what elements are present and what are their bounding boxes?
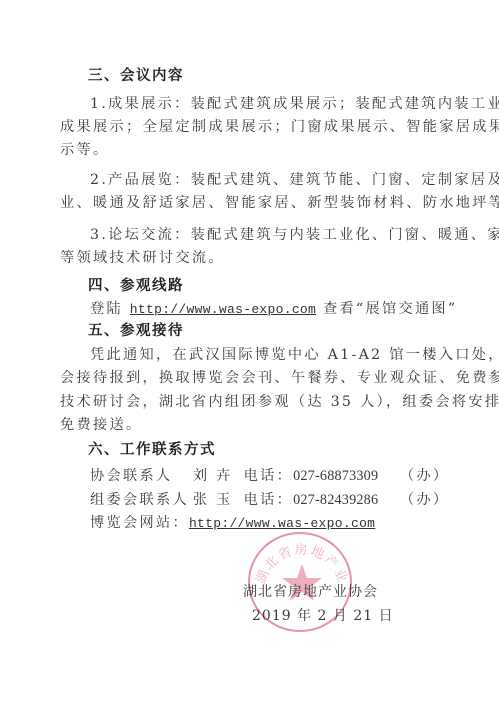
section-heading-meeting-content: 三、会议内容 (88, 67, 468, 85)
section-heading-visit-route: 四、参观线路 (88, 277, 468, 295)
contact-name: 刘 卉 (193, 467, 237, 485)
visit-route-line: 登陆 http://www.was-expo.com 查看“展馆交通图” (90, 300, 470, 319)
contact-phone: 027-68873309 (293, 467, 393, 485)
paragraph-line: 2.产品展览：装配式建筑、建筑节能、门窗、定制家居及门 (90, 171, 470, 189)
section-heading-reception: 五、参观接待 (88, 322, 468, 340)
contact-role: 组委会联系人 (90, 491, 186, 509)
signature-org: 湖北省房地产业协会 (243, 581, 378, 601)
contact-phone-label: 电话： (244, 491, 293, 509)
expo-website-link[interactable]: http://www.was-expo.com (130, 302, 316, 317)
contact-note: （办） (400, 467, 449, 485)
paragraph-line: 免费接送。 (60, 416, 440, 434)
paragraph-line: 成果展示；全屋定制成果展示；门窗成果展示、智能家居成果展 (60, 118, 440, 136)
website-label: 博览会网站： (90, 515, 189, 531)
contact-name: 张 玉 (193, 491, 237, 509)
contact-row: 组委会联系人 张 玉 电话：027-82439286 （办） (90, 491, 470, 509)
website-link[interactable]: http://www.was-expo.com (189, 516, 375, 531)
contact-note: （办） (400, 491, 449, 509)
section-heading-contacts: 六、工作联系方式 (88, 441, 468, 459)
contact-row: 协会联系人 刘 卉 电话：027-68873309 （办） (90, 467, 470, 485)
signature-date: 2019 年 2 月 21 日 (252, 605, 394, 625)
paragraph-line: 业、暖通及舒适家居、智能家居、新型装饰材料、防水地坪等。 (60, 194, 440, 212)
paragraph-line: 凭此通知，在武汉国际博览中心 A1-A2 馆一楼入口处，组委 (90, 346, 470, 364)
contact-phone-label: 电话： (244, 467, 293, 485)
website-row: 博览会网站：http://www.was-expo.com (90, 514, 470, 533)
paragraph-line: 示等。 (60, 141, 440, 159)
visit-route-prefix: 登陆 (90, 301, 123, 317)
paragraph-line: 技术研讨会，湖北省内组团参观（达 35 人），组委会将安排大巴 (60, 393, 440, 411)
contact-role: 协会联系人 (90, 467, 186, 485)
paragraph-line: 等领域技术研讨交流。 (60, 249, 440, 267)
paragraph-line: 3.论坛交流：装配式建筑与内装工业化、门窗、暖通、家居 (90, 226, 470, 244)
visit-route-suffix: 查看“展馆交通图” (323, 301, 458, 317)
contact-phone: 027-82439286 (293, 491, 393, 509)
document-page: 三、会议内容 1.成果展示：装配式建筑成果展示；装配式建筑内装工业化 成果展示；… (0, 0, 499, 705)
paragraph-line: 会接待报到，换取博览会会刊、午餐券、专业观众证、免费参加 (60, 369, 440, 387)
paragraph-line: 1.成果展示：装配式建筑成果展示；装配式建筑内装工业化 (90, 95, 470, 113)
